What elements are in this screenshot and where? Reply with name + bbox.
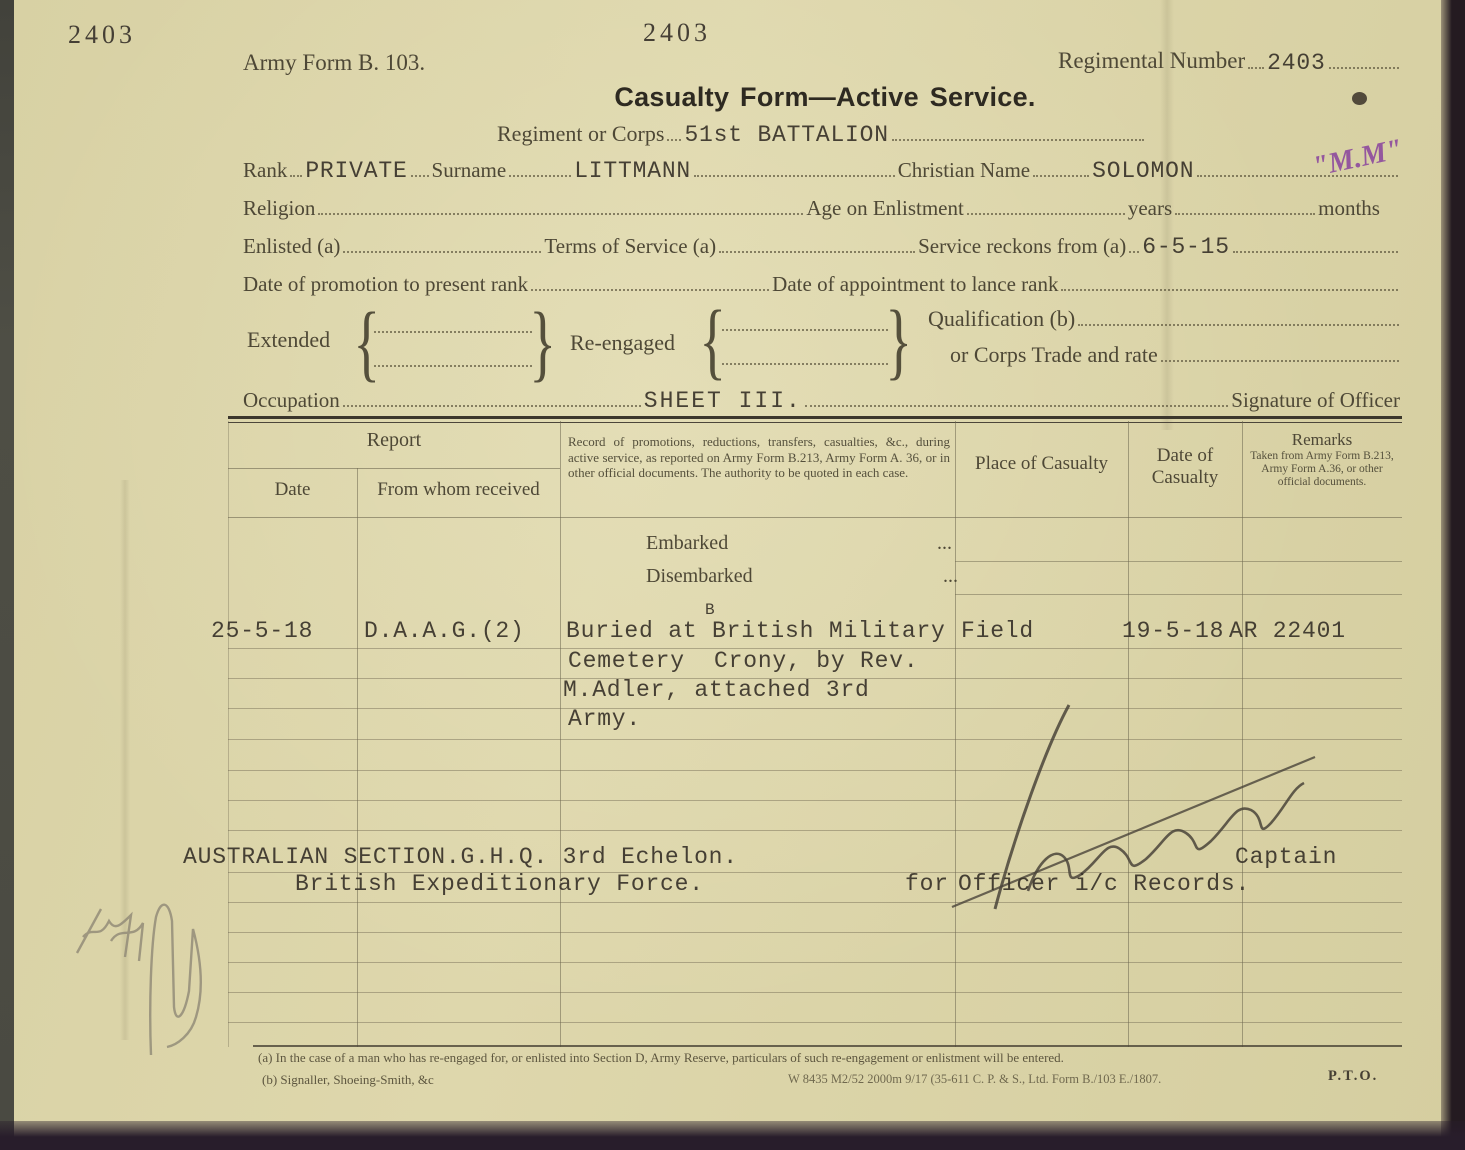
- age-on-enlistment-label: Age on Enlistment: [806, 196, 963, 220]
- regiment-label: Regiment or Corps: [497, 121, 664, 146]
- table-rule: [228, 992, 1402, 993]
- service-record-table: Report Date From whom received Record of…: [228, 421, 1402, 1047]
- entry-record-line2: Cemetery Crony, by Rev.: [568, 650, 918, 673]
- dotted-leader: [1033, 174, 1089, 177]
- scan-edge-left: [0, 0, 14, 1150]
- entry-received-from: D.A.A.G.(2): [364, 620, 525, 643]
- page-number-stamp-left: 2403: [68, 20, 136, 50]
- dotted-leader: [719, 250, 915, 253]
- dotted-leader: [343, 250, 541, 253]
- table-rule: [228, 1022, 1402, 1023]
- entry-remarks: AR 22401: [1229, 620, 1346, 643]
- dotted-leader: [1061, 288, 1398, 291]
- occupation-label: Occupation: [243, 388, 340, 412]
- pencil-marks: [55, 895, 245, 1060]
- form-title: Casualty Form—Active Service.: [500, 82, 1150, 113]
- dotted-leader: [1078, 323, 1399, 326]
- entry-report-date: 25-5-18: [211, 620, 313, 643]
- casualty-form-scan: 2403 2403 Army Form B. 103. Regimental N…: [0, 0, 1465, 1150]
- brace-close: }: [885, 304, 912, 376]
- closing-captain: Captain: [1235, 846, 1337, 869]
- surname-label: Surname: [432, 158, 507, 182]
- rank-label: Rank: [243, 158, 287, 182]
- entry-record-line4: Army.: [568, 708, 641, 731]
- signature-of-officer-label: Signature of Officer: [1231, 388, 1400, 412]
- rank-value: PRIVATE: [305, 160, 407, 183]
- dotted-leader: [805, 404, 1228, 407]
- report-column-group-header: Report: [228, 429, 560, 452]
- closing-org-line2: British Expeditionary Force.: [295, 873, 704, 896]
- place-of-casualty-column-header: Place of Casualty: [955, 453, 1128, 475]
- extended-label: Extended: [247, 327, 330, 352]
- brace-open: {: [699, 304, 726, 376]
- table-rule: [228, 468, 560, 469]
- dotted-leader: [1129, 250, 1139, 253]
- remarks-column-header: Remarks: [1242, 430, 1402, 450]
- table-rule: [955, 561, 1402, 562]
- record-column-header: Record of promotions, reductions, transf…: [568, 434, 950, 481]
- ink-blot: [1352, 92, 1367, 105]
- entry-typed-correction: B: [705, 602, 715, 618]
- dotted-leader: [1233, 250, 1398, 253]
- regiment-value: 51st BATTALION: [684, 124, 888, 147]
- service-reckons-label: Service reckons from (a): [918, 234, 1126, 258]
- embarked-label: Embarked: [646, 532, 728, 555]
- enlisted-label: Enlisted (a): [243, 234, 340, 258]
- dotted-leader: [722, 328, 888, 331]
- dotted-leader: [411, 174, 429, 177]
- dotted-leader: [967, 212, 1125, 215]
- dotted-leader: [531, 288, 769, 291]
- pto-label: P.T.O.: [1328, 1068, 1378, 1085]
- table-rule: [228, 517, 1402, 518]
- qualification-label: Qualification (b): [928, 306, 1075, 331]
- dotted-leader: [1248, 66, 1264, 69]
- dotted-leader: [509, 174, 571, 177]
- disembarked-label: Disembarked: [646, 565, 753, 588]
- table-rule: [228, 962, 1402, 963]
- entry-place: Field: [961, 620, 1034, 643]
- table-bottom-rule: [253, 1045, 1402, 1047]
- table-rule: [955, 594, 1402, 595]
- form-name: Army Form B. 103.: [243, 50, 425, 76]
- remarks-column-subnote: Taken from Army Form B.213, Army Form A.…: [1247, 450, 1397, 489]
- table-rule: [560, 421, 561, 1047]
- date-column-header: Date: [228, 479, 357, 501]
- dotted-leader: [892, 138, 1144, 141]
- dotted-leader: [1329, 66, 1399, 69]
- date-of-casualty-column-header: Date of Casualty: [1128, 445, 1242, 489]
- dotted-leader: [290, 174, 302, 177]
- closing-org-line1: AUSTRALIAN SECTION.G.H.Q. 3rd Echelon.: [183, 846, 738, 869]
- table-rule: [357, 468, 358, 1047]
- closing-officer-label: Officer i/c Records.: [958, 873, 1250, 896]
- dotted-leader: [318, 212, 803, 215]
- embarked-ellipsis: ...: [937, 532, 952, 555]
- sheet-number-value: SHEET III.: [644, 390, 802, 413]
- scan-edge-right: [1441, 0, 1465, 1150]
- dotted-leader: [1175, 212, 1315, 215]
- promotion-date-label: Date of promotion to present rank: [243, 272, 528, 296]
- surname-value: LITTMANN: [574, 160, 691, 183]
- page-number-stamp-center: 2403: [643, 18, 711, 48]
- entry-casualty-date: 19-5-18: [1122, 620, 1224, 643]
- christian-name-label: Christian Name: [898, 158, 1030, 182]
- scan-edge-bottom: [0, 1121, 1465, 1150]
- from-whom-received-column-header: From whom received: [357, 479, 560, 501]
- dotted-leader: [1197, 174, 1398, 177]
- terms-of-service-label: Terms of Service (a): [544, 234, 716, 258]
- regimental-number-value: 2403: [1267, 52, 1325, 75]
- brace-close: }: [529, 306, 556, 378]
- months-label: months: [1318, 196, 1380, 220]
- appointment-date-label: Date of appointment to lance rank: [772, 272, 1058, 296]
- dotted-leader: [374, 330, 532, 333]
- print-code: W 8435 M2/52 2000m 9/17 (35-611 C. P. & …: [788, 1072, 1161, 1088]
- closing-for-label: for: [905, 873, 949, 896]
- corps-trade-label: or Corps Trade and rate: [950, 342, 1158, 367]
- dotted-leader: [1161, 359, 1399, 362]
- years-label: years: [1128, 196, 1172, 220]
- footnote-b: (b) Signaller, Shoeing-Smith, &c: [262, 1072, 434, 1088]
- table-rule: [228, 932, 1402, 933]
- disembarked-ellipsis: ...: [943, 565, 958, 588]
- brace-open: {: [353, 306, 380, 378]
- dotted-leader: [722, 362, 888, 365]
- dotted-leader: [374, 364, 532, 367]
- entry-record-line3: M.Adler, attached 3rd: [563, 679, 870, 702]
- service-reckons-value: 6-5-15: [1142, 236, 1230, 259]
- regimental-number-label: Regimental Number: [1058, 48, 1245, 74]
- footnote-a: (a) In the case of a man who has re-enga…: [258, 1050, 1273, 1066]
- religion-label: Religion: [243, 196, 315, 220]
- dotted-leader: [694, 174, 895, 177]
- christian-name-value: SOLOMON: [1092, 160, 1194, 183]
- dotted-leader: [667, 138, 681, 141]
- reengaged-label: Re-engaged: [570, 330, 675, 355]
- entry-record-line1: Buried at British Military: [566, 620, 946, 643]
- dotted-leader: [343, 404, 641, 407]
